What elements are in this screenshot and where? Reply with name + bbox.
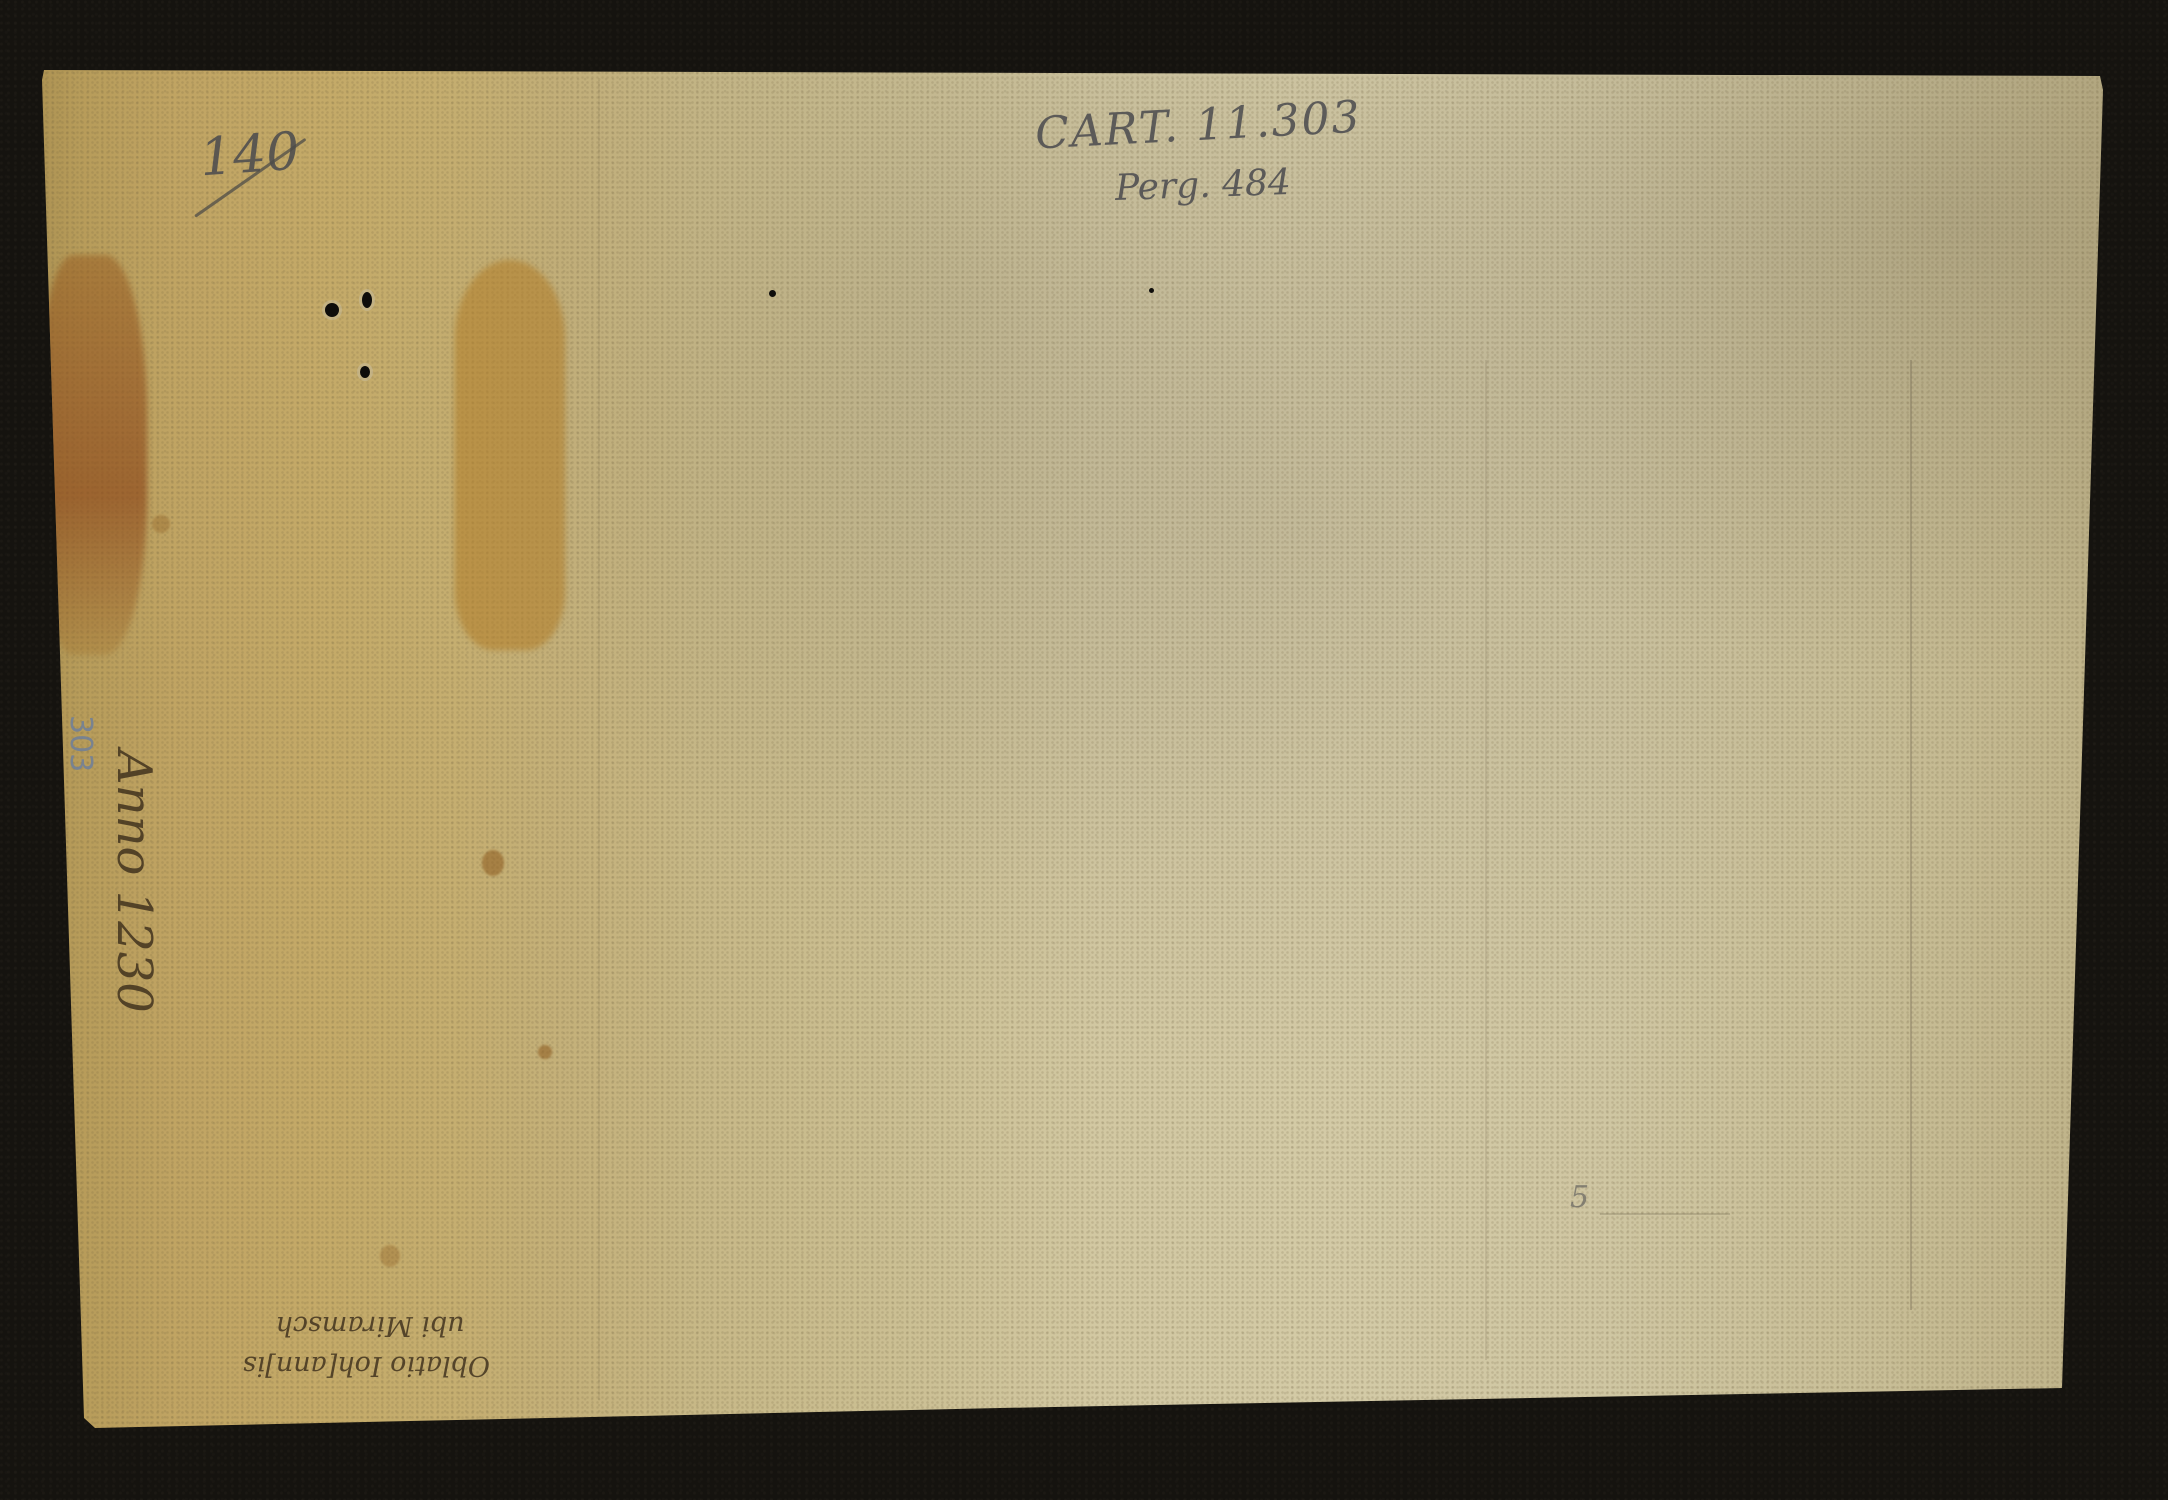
stain-spot [152, 515, 170, 533]
water-stain-center [455, 260, 565, 650]
bottom-inscription-line-1: Oblatio Ioh[ann]is [250, 1350, 490, 1381]
stain-spot [538, 1045, 552, 1059]
pin-hole [769, 290, 776, 297]
stain-spot [380, 1245, 400, 1267]
stain-spot [482, 850, 504, 876]
pergamene-number-annotation: Perg. 484 [1114, 162, 1291, 209]
seal-hole [360, 366, 370, 378]
seal-hole [325, 303, 339, 317]
archive-number-annotation: 303 [63, 715, 98, 772]
pin-hole [1149, 288, 1154, 293]
parchment-sheet: CART. 11.303 Perg. 484 140 ... 303 Anno … [0, 0, 2168, 1500]
fold-line-vertical [598, 80, 600, 1400]
bottom-inscription-line-2: ubi Miramsch [255, 1310, 485, 1341]
fold-line-horizontal [1600, 1213, 1730, 1215]
seal-hole [362, 292, 372, 308]
fold-line-vertical [1485, 360, 1487, 1360]
date-annotation: Anno 1230 [106, 750, 162, 1013]
fold-line-vertical [1910, 360, 1912, 1310]
fold-mark-annotation: 5 [1570, 1180, 1589, 1215]
parchment-texture [0, 0, 2168, 1500]
